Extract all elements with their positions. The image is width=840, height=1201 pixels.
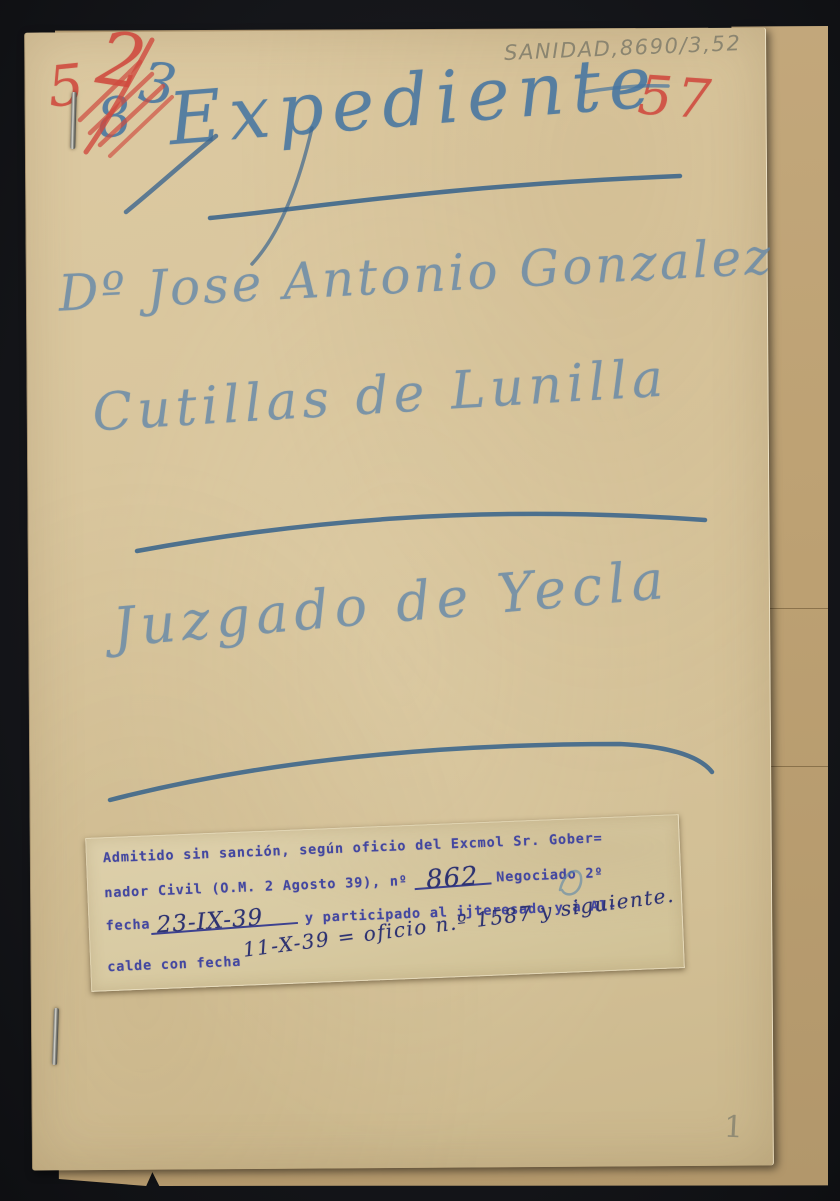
label-line3-pre: fecha (105, 916, 150, 934)
label-line4-typed: calde con fecha (107, 954, 241, 975)
page-number-pencil: 1 (723, 1110, 744, 1146)
label-line2-post: Negociado 2º (496, 865, 604, 885)
backing-crease (770, 608, 828, 609)
red-crayon-mark-5: 5 (45, 52, 87, 120)
handwritten-oficio-number: 862 (413, 868, 491, 890)
backing-crease (770, 766, 828, 767)
label-line2-pre: nador Civil (O.M. 2 Agosto 39), nº (104, 873, 408, 901)
label-typed-line-1: Admitido sin sanción, según oficio del E… (103, 830, 603, 866)
scanned-document: 5 2 3 8 57 SANIDAD,8690/3,52 Expediente … (0, 0, 840, 1201)
handwritten-fecha-date: 23-IX-39 (150, 908, 298, 935)
label-typed-line-4: calde con fecha11-X-39 = oficio n.º 1587… (107, 929, 681, 976)
admission-label: Admitido sin sanción, según oficio del E… (85, 814, 685, 992)
label-typed-line-2: nador Civil (O.M. 2 Agosto 39), nº862Neg… (104, 862, 604, 901)
